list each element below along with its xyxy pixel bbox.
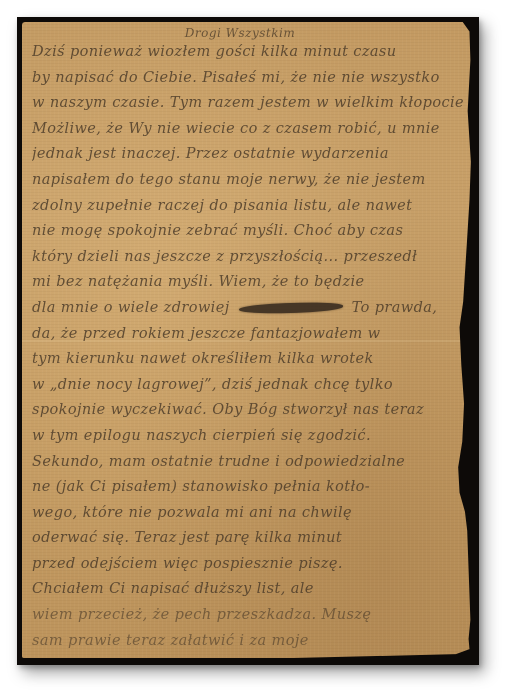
letter-line: Dziś ponieważ wiozłem gości kilka minut … [32, 40, 468, 66]
letter-line: tym kierunku nawet określiłem kilka wrot… [32, 347, 468, 373]
letter-line: Możliwe, że Wy nie wiecie co z czasem ro… [32, 117, 468, 143]
letter-line: da, że przed rokiem jeszcze fantazjowałe… [32, 322, 468, 348]
letter-line: moje myśli w pracy i to wszystko... [32, 654, 468, 680]
ink-redaction-blot [238, 302, 342, 315]
black-mount-border: Drogi Wszystkim Dziś ponieważ wiozłem go… [17, 17, 479, 665]
letter-line: spokojnie wyczekiwać. Oby Bóg stworzył n… [32, 398, 468, 424]
letter-line: w „dnie nocy lagrowej”, dziś jednak chcę… [32, 373, 468, 399]
handwritten-letter: Drogi Wszystkim Dziś ponieważ wiozłem go… [32, 26, 468, 680]
letter-line: oderwać się. Teraz jest parę kilka minut [32, 526, 468, 552]
letter-line: mi bez natężania myśli. Wiem, że to będz… [32, 270, 468, 296]
letter-line: sam prawie teraz załatwić i za moje [32, 629, 468, 655]
letter-line-text-before-redaction: dla mnie o wiele zdrowiej [32, 300, 235, 316]
letter-line: w tym epilogu naszych cierpień się zgodz… [32, 424, 468, 450]
letter-line: by napisać do Ciebie. Pisałeś mi, że nie… [32, 66, 468, 92]
letter-line: ne (jak Ci pisałem) stanowisko pełnia ko… [32, 475, 468, 501]
letter-heading: Drogi Wszystkim [12, 26, 468, 40]
letter-line: który dzieli nas jeszcze z przyszłością.… [32, 245, 468, 271]
letter-line: w naszym czasie. Tym razem jestem w wiel… [32, 91, 468, 117]
letter-line: zdolny zupełnie raczej do pisania listu,… [32, 194, 468, 220]
letter-paper: Drogi Wszystkim Dziś ponieważ wiozłem go… [22, 22, 474, 658]
letter-line: napisałem do tego stanu moje nerwy, że n… [32, 168, 468, 194]
letter-line: nie mogę spokojnie zebrać myśli. Choć ab… [32, 219, 468, 245]
letter-line: przed odejściem więc pospiesznie piszę. [32, 552, 468, 578]
letter-line: Sekundo, mam ostatnie trudne i odpowiedz… [32, 450, 468, 476]
scan-canvas: Drogi Wszystkim Dziś ponieważ wiozłem go… [0, 0, 513, 700]
letter-line-text-after-redaction: To prawda, [347, 300, 438, 316]
letter-line: wego, które nie pozwala mi ani na chwilę [32, 501, 468, 527]
letter-line-redacted-text: dla mnie o wiele zdrowiej To prawda, [32, 300, 437, 316]
letter-line: Chciałem Ci napisać dłuższy list, ale [32, 577, 468, 603]
letter-line: jednak jest inaczej. Przez ostatnie wyda… [32, 142, 468, 168]
letter-line: wiem przecież, że pech przeszkadza. Musz… [32, 603, 468, 629]
letter-line-redacted: dla mnie o wiele zdrowiej To prawda, [32, 296, 468, 322]
